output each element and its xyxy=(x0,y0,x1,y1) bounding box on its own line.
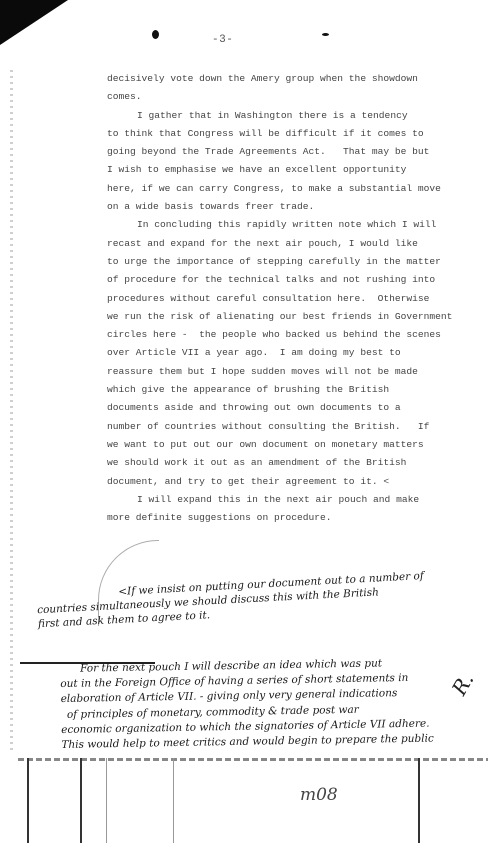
scan-artifact-line xyxy=(106,758,107,843)
typed-line: number of countries without consulting t… xyxy=(107,418,477,436)
scan-artifact-line xyxy=(80,758,82,843)
typed-line: over Article VII a year ago. I am doing … xyxy=(107,344,477,362)
typed-line: document, and try to get their agreement… xyxy=(107,473,477,491)
typed-line: recast and expand for the next air pouch… xyxy=(107,235,477,253)
typed-line: of procedure for the technical talks and… xyxy=(107,271,477,289)
scan-artifact-line xyxy=(27,758,29,843)
typed-line: we want to put out our own document on m… xyxy=(107,436,477,454)
scan-artifact-line xyxy=(418,758,420,843)
typed-line: we run the risk of alienating our best f… xyxy=(107,308,477,326)
typed-body: decisively vote down the Amery group whe… xyxy=(107,70,477,527)
typed-line: circles here - the people who backed us … xyxy=(107,326,477,344)
scan-left-edge xyxy=(10,70,13,750)
typed-line: I will expand this in the next air pouch… xyxy=(107,491,477,509)
typed-line: I wish to emphasise we have an excellent… xyxy=(107,161,477,179)
handwritten-note: For the next pouch I will describe an id… xyxy=(60,656,434,754)
typed-line: here, if we can carry Congress, to make … xyxy=(107,180,477,198)
typed-line: procedures without careful consultation … xyxy=(107,290,477,308)
ink-blot xyxy=(322,33,329,36)
page-number: -3- xyxy=(212,34,233,46)
typed-line: In concluding this rapidly written note … xyxy=(107,216,477,234)
typed-line: reassure them but I hope sudden moves wi… xyxy=(107,363,477,381)
handwritten-initials: R. xyxy=(447,669,478,700)
typed-line: to think that Congress will be difficult… xyxy=(107,125,477,143)
typed-line: we should work it out as an amendment of… xyxy=(107,454,477,472)
typed-line: comes. xyxy=(107,88,477,106)
ink-blot xyxy=(152,30,159,39)
typed-line: which give the appearance of brushing th… xyxy=(107,381,477,399)
typed-line: more definite suggestions on procedure. xyxy=(107,509,477,527)
handwritten-footer-mark: m08 xyxy=(300,785,338,805)
scan-artifact-line xyxy=(173,758,174,843)
typed-line: going beyond the Trade Agreements Act. T… xyxy=(107,143,477,161)
typed-line: decisively vote down the Amery group whe… xyxy=(107,70,477,88)
typed-line: to urge the importance of stepping caref… xyxy=(107,253,477,271)
typed-line: on a wide basis towards freer trade. xyxy=(107,198,477,216)
typed-line: documents aside and throwing out own doc… xyxy=(107,399,477,417)
handwritten-insert: <If we insist on putting our document ou… xyxy=(118,569,426,627)
typed-line: I gather that in Washington there is a t… xyxy=(107,107,477,125)
scan-corner-fold xyxy=(0,0,68,45)
